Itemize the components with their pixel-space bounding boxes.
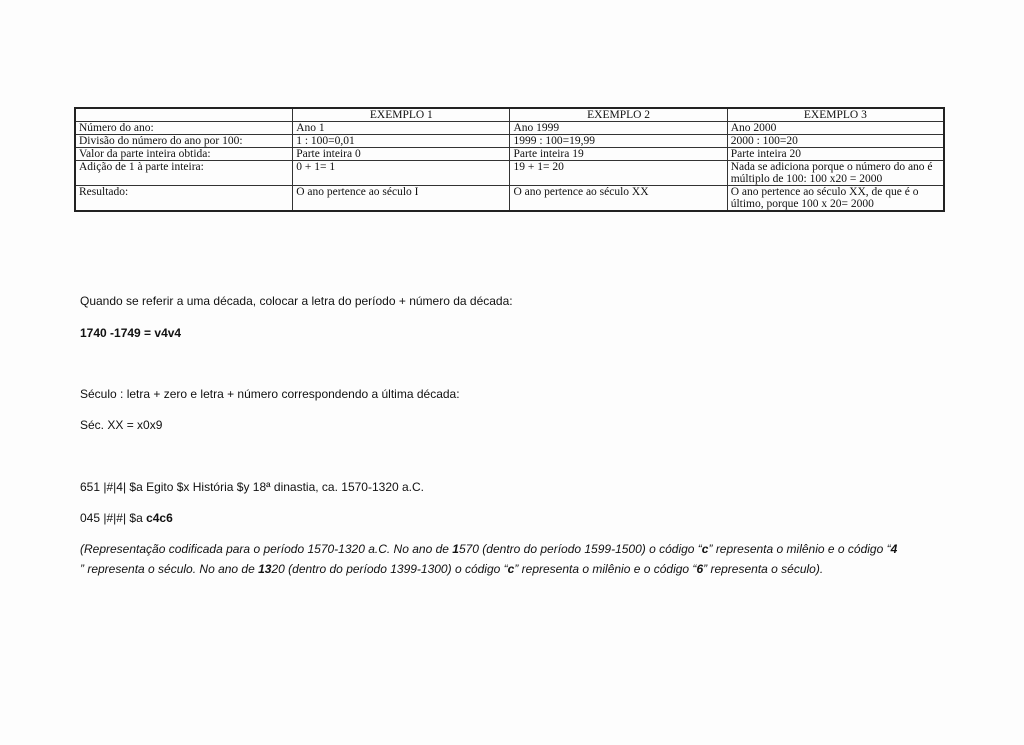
table-cell: Nada se adiciona porque o número do ano … <box>727 161 944 186</box>
table-row: Número do ano: Ano 1 Ano 1999 Ano 2000 <box>75 122 944 135</box>
table-row: Resultado: O ano pertence ao século I O … <box>75 186 944 212</box>
table-cell: Valor da parte inteira obtida: <box>75 148 293 161</box>
explanation-text: ” representa o milênio e o código “ <box>708 542 890 556</box>
table-cell: Ano 1 <box>293 122 510 135</box>
table-cell: O ano pertence ao século I <box>293 186 510 212</box>
explanation-text: (Representação codificada para o período… <box>80 542 452 556</box>
marc-045-code: c4c6 <box>146 511 173 525</box>
table-cell: Número do ano: <box>75 122 293 135</box>
table-cell: 1999 : 100=19,99 <box>510 135 727 148</box>
table-header-cell: EXEMPLO 1 <box>293 108 510 122</box>
century-examples-table: EXEMPLO 1 EXEMPLO 2 EXEMPLO 3 Número do … <box>74 107 945 212</box>
table-cell: O ano pertence ao século XX, de que é o … <box>727 186 944 212</box>
explanation-emphasis: 13 <box>258 562 271 576</box>
table-header-cell: EXEMPLO 2 <box>510 108 727 122</box>
table-cell: 1 : 100=0,01 <box>293 135 510 148</box>
table-header-cell: EXEMPLO 3 <box>727 108 944 122</box>
table-header-row: EXEMPLO 1 EXEMPLO 2 EXEMPLO 3 <box>75 108 944 122</box>
table-cell: Resultado: <box>75 186 293 212</box>
decade-example-text: 1740 -1749 = v4v4 <box>80 326 181 340</box>
table-cell: Parte inteira 20 <box>727 148 944 161</box>
marc-045-line: 045 |#|#| $a c4c6 <box>80 511 173 525</box>
table-cell: Adição de 1 à parte inteira: <box>75 161 293 186</box>
table-cell: 19 + 1= 20 <box>510 161 727 186</box>
table-cell: O ano pertence ao século XX <box>510 186 727 212</box>
table-row: Adição de 1 à parte inteira: 0 + 1= 1 19… <box>75 161 944 186</box>
explanation-text: 20 (dentro do período 1399-1300) o códig… <box>271 562 507 576</box>
table-cell: Parte inteira 19 <box>510 148 727 161</box>
table-row: Valor da parte inteira obtida: Parte int… <box>75 148 944 161</box>
decade-rule-text: Quando se referir a uma década, colocar … <box>80 294 513 308</box>
explanation-text: ” representa o século. No ano de <box>80 562 258 576</box>
table-cell: Ano 2000 <box>727 122 944 135</box>
table-header-cell <box>75 108 293 122</box>
explanation-emphasis: 4 <box>891 542 898 556</box>
table-cell: Ano 1999 <box>510 122 727 135</box>
table-cell: 2000 : 100=20 <box>727 135 944 148</box>
table-cell: Parte inteira 0 <box>293 148 510 161</box>
marc-045-prefix: 045 |#|#| $a <box>80 511 146 525</box>
explanation-paragraph: (Representação codificada para o período… <box>80 539 960 579</box>
marc-651-line: 651 |#|4| $a Egito $x História $y 18ª di… <box>80 480 424 494</box>
table-row: Divisão do número do ano por 100: 1 : 10… <box>75 135 944 148</box>
explanation-text: ” representa o século). <box>703 562 823 576</box>
century-example-text: Séc. XX = x0x9 <box>80 418 162 432</box>
century-rule-text: Século : letra + zero e letra + número c… <box>80 387 460 401</box>
explanation-emphasis: 1 <box>452 542 459 556</box>
document-page: EXEMPLO 1 EXEMPLO 2 EXEMPLO 3 Número do … <box>0 0 1024 745</box>
table-cell: 0 + 1= 1 <box>293 161 510 186</box>
explanation-text: ” representa o milênio e o código “ <box>514 562 696 576</box>
explanation-text: 570 (dentro do período 1599-1500) o códi… <box>459 542 702 556</box>
table-cell: Divisão do número do ano por 100: <box>75 135 293 148</box>
